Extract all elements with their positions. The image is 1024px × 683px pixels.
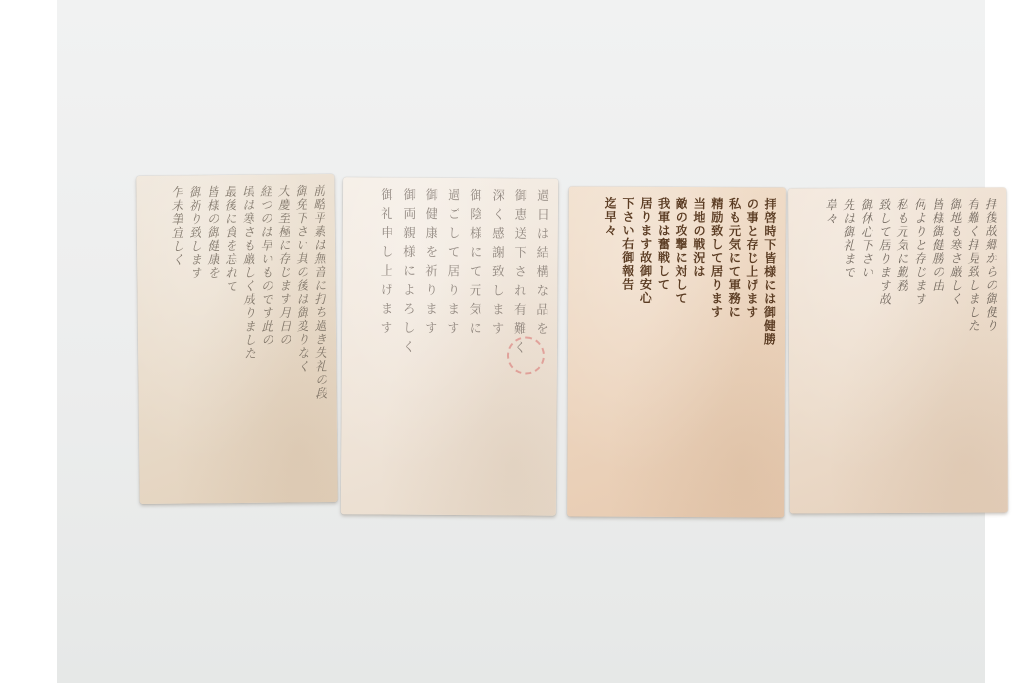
text-column: 皆様御健勝の由 [930, 198, 944, 503]
text-column: の事と存じ上げます [744, 197, 758, 507]
text-column: 最後に食を忘れて [223, 185, 239, 493]
text-column: 大慶至極に存じます月日の [276, 184, 292, 492]
text-column: 先は御礼まで [841, 198, 855, 503]
text-column: 迄早々 [602, 197, 616, 507]
text-column: 乍末筆宜しく [170, 186, 186, 494]
text-column: 精励致して居ります [708, 197, 722, 507]
text-column: 私も元気にて軍務に [726, 197, 740, 507]
postcard-2: Postcard 2 過日は結構な品を 御恵送下され有難く 深く感謝致します 御… [341, 177, 558, 515]
text-column: 御両親様によろしく [399, 188, 414, 505]
text-column: 御礼申し上げます [377, 188, 392, 505]
handwritten-text: 拝復故郷からの御便り 有難く拝見致しました 御地も寒さ厳しく 皆様御健勝の由 何… [798, 197, 998, 503]
text-column: 居ります故御安心 [637, 197, 651, 507]
text-column: 御免下さい其の後は御変りなく [294, 184, 310, 492]
text-column: 草々 [824, 198, 838, 503]
text-column: 下さい右御報告 [619, 197, 633, 507]
text-column: 致して居ります故 [877, 198, 891, 503]
text-column: 当地の戦況は [690, 197, 704, 507]
text-column: 私も元気に勤務 [895, 198, 909, 503]
photo-background: Postcard 1 (leftmost) 前略平素は無音に打ち過ぎ失礼の段 御… [57, 0, 985, 683]
text-column: 御地も寒さ厳しく [948, 198, 962, 503]
postcard-4: Postcard 4 (rightmost) 拝復故郷からの御便り 有難く拝見致… [788, 187, 1008, 513]
text-column: 敵の攻撃に対して [673, 197, 687, 507]
text-column: 皆様の御健康を [205, 185, 221, 493]
postcard-label: Postcard 4 (rightmost) [788, 189, 789, 190]
text-column: 御陰様にて元気に [466, 188, 481, 505]
handwritten-text: 拝啓時下皆様には御健勝 の事と存じ上げます 私も元気にて軍務に 精励致して居りま… [577, 196, 776, 507]
text-column: 御祈り致します [187, 185, 203, 493]
postcard-label: Postcard 1 (leftmost) [136, 176, 137, 177]
postcard-label: Postcard 2 [343, 177, 344, 178]
text-column: 何よりと存じます [912, 198, 926, 503]
text-column: 前略平素は無音に打ち過ぎ失礼の段 [312, 184, 328, 492]
postcard-label: Postcard 3 [569, 186, 570, 187]
postcard-1: Postcard 1 (leftmost) 前略平素は無音に打ち過ぎ失礼の段 御… [136, 174, 337, 504]
red-seal-stamp-icon [507, 336, 545, 374]
text-column: 我軍は奮戦して [655, 197, 669, 507]
text-column: 経つのは早いものです此の [258, 185, 274, 493]
text-column: 御休心下さい [859, 198, 873, 503]
text-column: 御健康を祈ります [421, 188, 436, 505]
text-column: 有難く拝見致しました [966, 198, 980, 503]
text-column: 拝啓時下皆様には御健勝 [761, 197, 775, 507]
postcard-3: Postcard 3 拝啓時下皆様には御健勝 の事と存じ上げます 私も元気にて軍… [567, 186, 786, 517]
text-column: 過ごして居ります [444, 188, 459, 505]
handwritten-text: 前略平素は無音に打ち過ぎ失礼の段 御免下さい其の後は御変りなく 大慶至極に存じま… [146, 184, 327, 494]
text-column: 頃は寒さも厳しく成りました [241, 185, 257, 493]
text-column: 深く感謝致します [488, 188, 503, 505]
text-column: 拝復故郷からの御便り [983, 197, 997, 502]
